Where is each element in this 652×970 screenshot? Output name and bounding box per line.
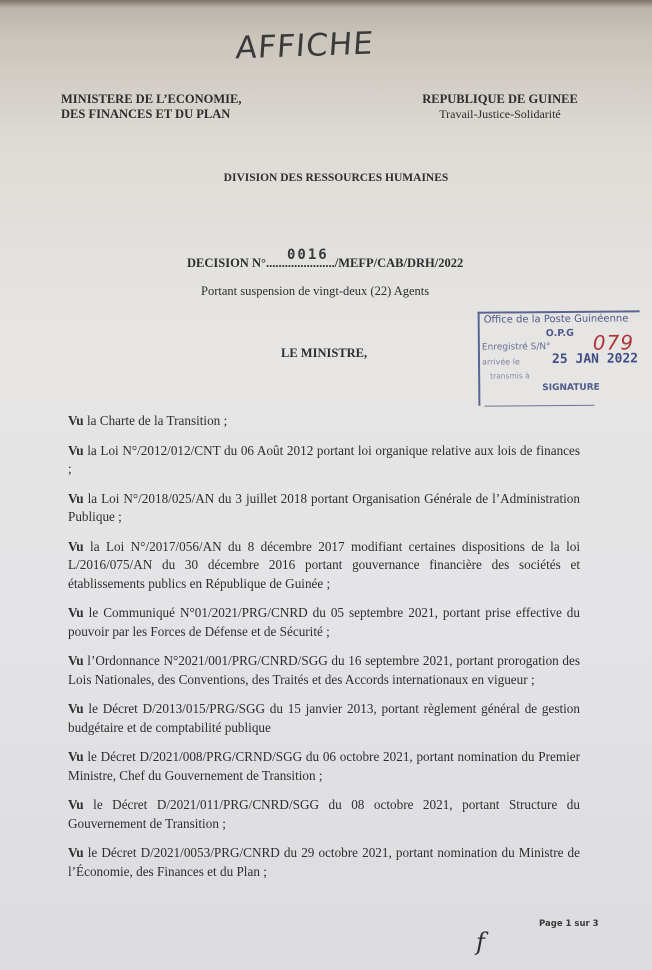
visa-text: la Loi N°/2017/056/AN du 8 décembre 2017… — [68, 539, 580, 591]
visa-lead: Vu — [68, 845, 84, 860]
stamp-date: 25 JAN 2022 — [552, 351, 638, 367]
visa-paragraph: Vu la Charte de la Transition ; — [68, 412, 580, 431]
visa-lead: Vu — [68, 749, 84, 764]
republic-header: REPUBLIQUE DE GUINEE Travail-Justice-Sol… — [415, 92, 585, 122]
visa-text: la Charte de la Transition ; — [84, 413, 228, 428]
visa-paragraph: Vu la Loi N°/2012/012/CNT du 06 Août 201… — [68, 442, 580, 479]
visa-paragraph: Vu le Décret D/2013/015/PRG/SGG du 15 ja… — [68, 700, 580, 737]
ministry-header: MINISTERE DE L’ECONOMIE, DES FINANCES ET… — [61, 92, 241, 122]
ministry-line-1: MINISTERE DE L’ECONOMIE, — [61, 92, 241, 107]
stamp-office: Office de la Poste Guinéenne — [484, 313, 629, 325]
decision-prefix: DECISION N° — [187, 256, 266, 270]
stamp-border-line — [484, 405, 594, 407]
visa-text: le Décret D/2021/0053/PRG/CNRD du 29 oct… — [68, 845, 580, 879]
stamp-registered: Enregistré S/N° — [482, 342, 551, 353]
stamp-signature: SIGNATURE — [542, 383, 600, 394]
visa-lead: Vu — [68, 491, 84, 506]
visa-lead: Vu — [68, 413, 84, 428]
visa-lead: Vu — [68, 443, 84, 458]
stamp-opg: O.P.G — [546, 328, 574, 339]
visa-lead: Vu — [68, 797, 84, 812]
visa-lead: Vu — [68, 539, 84, 554]
handwritten-initials: f — [476, 928, 485, 956]
division-title: DIVISION DES RESSOURCES HUMAINES — [0, 172, 652, 184]
visa-lead: Vu — [68, 653, 84, 668]
visa-paragraph: Vu l’Ordonnance N°2021/001/PRG/CNRD/SGG … — [68, 652, 580, 689]
decision-title: DECISION N°....................../MEFP/C… — [187, 256, 463, 271]
stamp-arrival: arrivée le — [482, 357, 520, 366]
visa-paragraph: Vu le Décret D/2021/011/PRG/CNRD/SGG du … — [68, 796, 580, 833]
postal-stamp: Office de la Poste Guinéenne O.P.G Enreg… — [478, 310, 641, 405]
visa-paragraph: Vu le Décret D/2021/0053/PRG/CNRD du 29 … — [68, 844, 580, 881]
visa-lead: Vu — [68, 605, 84, 620]
visa-paragraph: Vu la Loi N°/2017/056/AN du 8 décembre 2… — [68, 538, 580, 594]
visa-text: le Décret D/2013/015/PRG/SGG du 15 janvi… — [68, 701, 580, 735]
visa-list: Vu la Charte de la Transition ;Vu la Loi… — [68, 412, 580, 892]
visa-text: le Décret D/2021/011/PRG/CNRD/SGG du 08 … — [68, 797, 580, 831]
ministry-line-2: DES FINANCES ET DU PLAN — [61, 107, 241, 122]
visa-lead: Vu — [68, 701, 84, 716]
visa-paragraph: Vu le Décret D/2021/008/PRG/CRND/SGG du … — [68, 748, 580, 785]
visa-text: la Loi N°/2012/012/CNT du 06 Août 2012 p… — [68, 443, 580, 477]
document-page: AFFICHE MINISTERE DE L’ECONOMIE, DES FIN… — [0, 0, 652, 970]
handwritten-annotation: AFFICHE — [235, 26, 376, 67]
republic-name: REPUBLIQUE DE GUINEE — [415, 92, 585, 107]
visa-paragraph: Vu la Loi N°/2018/025/AN du 3 juillet 20… — [68, 490, 580, 527]
decision-suffix: /MEFP/CAB/DRH/2022 — [335, 256, 463, 270]
visa-text: l’Ordonnance N°2021/001/PRG/CNRD/SGG du … — [68, 653, 580, 687]
republic-motto: Travail-Justice-Solidarité — [415, 107, 585, 122]
visa-paragraph: Vu le Communiqué N°01/2021/PRG/CNRD du 0… — [68, 604, 580, 641]
visa-text: le Décret D/2021/008/PRG/CRND/SGG du 06 … — [68, 749, 580, 783]
stamp-transmitted: transmis à — [490, 371, 530, 380]
visa-text: la Loi N°/2018/025/AN du 3 juillet 2018 … — [68, 491, 580, 525]
decision-dots: ...................... — [266, 256, 335, 270]
page-number: Page 1 sur 3 — [539, 919, 599, 929]
visa-text: le Communiqué N°01/2021/PRG/CNRD du 05 s… — [68, 605, 580, 639]
photo-edge-shadow — [0, 0, 652, 8]
decision-subtitle: Portant suspension de vingt-deux (22) Ag… — [201, 284, 429, 299]
minister-heading: LE MINISTRE, — [281, 346, 367, 361]
